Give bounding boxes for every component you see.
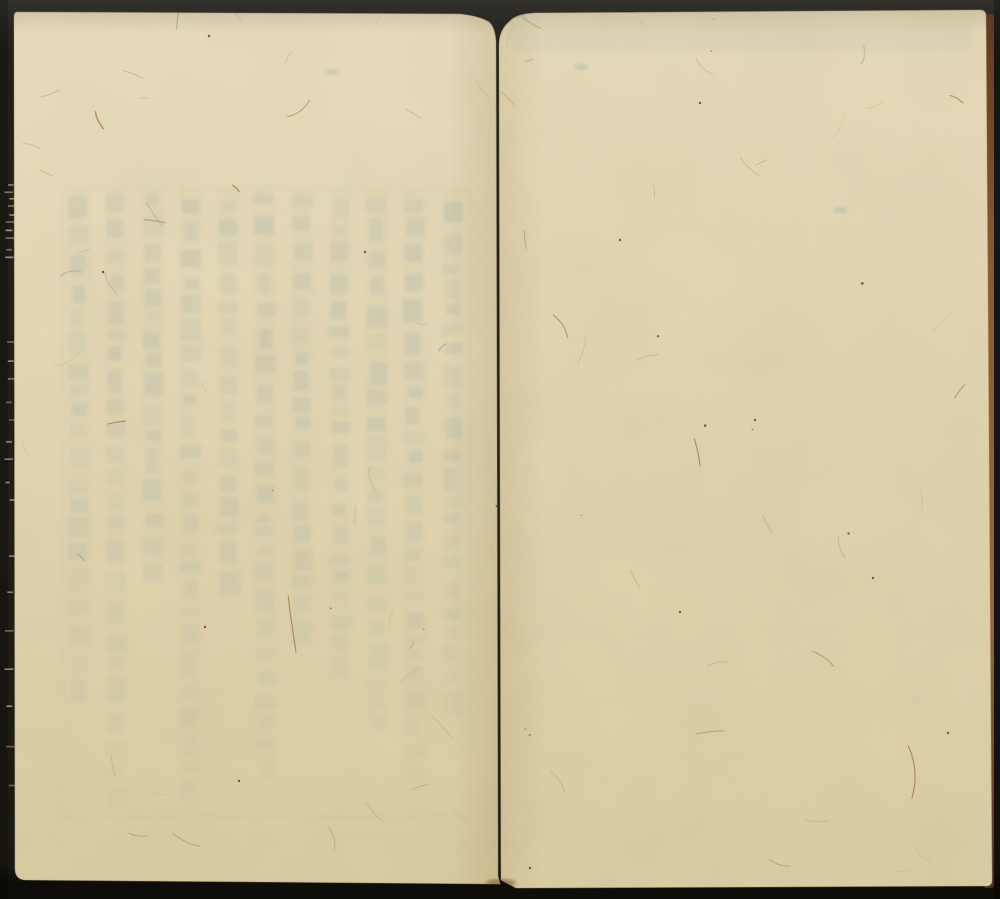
bleed-glyph bbox=[219, 475, 236, 491]
bleed-glyph bbox=[257, 439, 275, 455]
gray-smudge bbox=[574, 64, 588, 70]
paper-speck bbox=[704, 424, 707, 427]
bleed-glyph bbox=[71, 308, 84, 326]
bleed-glyph bbox=[370, 621, 385, 635]
book-spread bbox=[0, 0, 1000, 899]
bleed-glyph bbox=[332, 347, 351, 357]
bleed-glyph bbox=[217, 448, 238, 466]
fore-edge-mark bbox=[7, 341, 15, 343]
bleed-glyph bbox=[293, 503, 308, 521]
fore-edge-mark bbox=[5, 630, 14, 632]
bleed-glyph bbox=[146, 353, 161, 368]
bleed-glyph bbox=[106, 541, 123, 562]
bleed-glyph bbox=[331, 275, 348, 295]
right-page-surface bbox=[499, 9, 993, 889]
bleed-glyph bbox=[293, 397, 312, 411]
bleed-glyph bbox=[291, 575, 312, 587]
fore-edge-mark bbox=[5, 668, 14, 670]
bleed-glyph bbox=[180, 445, 201, 458]
bleed-glyph bbox=[257, 273, 271, 293]
bleed-glyph bbox=[294, 371, 309, 391]
bleed-glyph bbox=[331, 635, 347, 649]
bleed-glyph bbox=[223, 201, 237, 211]
bleed-glyph bbox=[107, 789, 129, 809]
bleed-glyph bbox=[107, 219, 123, 238]
bleed-glyph bbox=[406, 496, 422, 514]
bleed-glyph bbox=[70, 255, 86, 275]
bleed-glyph bbox=[184, 514, 198, 532]
bleed-glyph bbox=[146, 449, 159, 473]
bleed-glyph bbox=[148, 312, 162, 321]
bleed-glyph bbox=[217, 302, 238, 312]
bleed-glyph bbox=[405, 634, 425, 643]
bleed-glyph bbox=[368, 565, 385, 584]
bleed-glyph bbox=[254, 695, 275, 709]
bleed-glyph bbox=[366, 390, 387, 406]
bleed-glyph bbox=[219, 543, 237, 562]
bleed-glyph bbox=[332, 421, 351, 433]
bleed-glyph bbox=[334, 572, 350, 582]
bleed-glyph bbox=[180, 370, 200, 388]
bleed-glyph bbox=[222, 318, 235, 335]
bleed-glyph bbox=[257, 485, 275, 503]
paper-speck bbox=[102, 271, 104, 273]
gray-smudge bbox=[325, 69, 339, 75]
paper-speck bbox=[872, 577, 874, 579]
bleed-glyph bbox=[145, 290, 163, 307]
bleed-glyph bbox=[329, 555, 350, 564]
fore-edge-mark bbox=[5, 191, 13, 193]
bleed-glyph bbox=[369, 218, 384, 241]
fore-edge-mark bbox=[7, 705, 13, 707]
bleed-glyph bbox=[73, 654, 87, 667]
bleed-glyph bbox=[107, 330, 126, 340]
bleed-glyph bbox=[181, 545, 195, 556]
fore-edge-mark bbox=[6, 402, 12, 404]
bleed-glyph bbox=[405, 721, 420, 735]
bleed-glyph bbox=[109, 657, 124, 667]
bleed-glyph bbox=[184, 581, 197, 600]
bleed-glyph bbox=[406, 666, 425, 679]
bleed-glyph bbox=[146, 514, 164, 527]
bleed-glyph bbox=[293, 273, 312, 289]
bleed-glyph bbox=[107, 370, 122, 394]
bleed-glyph bbox=[259, 329, 272, 349]
bleed-glyph bbox=[403, 566, 423, 583]
bleed-glyph bbox=[180, 778, 197, 800]
bleed-glyph bbox=[408, 388, 424, 398]
bleed-glyph bbox=[367, 306, 388, 328]
bleed-glyph bbox=[143, 480, 161, 502]
bleed-glyph bbox=[295, 243, 313, 262]
bleed-glyph bbox=[294, 525, 312, 542]
paper-speck bbox=[861, 282, 864, 285]
bleed-glyph bbox=[256, 739, 275, 748]
bleed-glyph bbox=[256, 590, 274, 612]
scan-right-edge-shade bbox=[994, 0, 1000, 899]
paper-speck bbox=[679, 611, 681, 613]
bleed-glyph bbox=[295, 441, 310, 457]
bleed-glyph bbox=[184, 221, 200, 243]
paper-speck bbox=[238, 780, 240, 782]
bleed-glyph bbox=[334, 526, 348, 545]
bleed-glyph bbox=[183, 493, 198, 506]
bleed-glyph bbox=[258, 546, 275, 555]
bleed-glyph bbox=[106, 446, 124, 463]
fore-edge-mark bbox=[6, 221, 15, 223]
bleed-glyph bbox=[329, 368, 351, 380]
bleed-glyph bbox=[404, 431, 426, 444]
paper-speck bbox=[208, 35, 210, 37]
bleed-glyph bbox=[69, 225, 90, 243]
bleed-glyph bbox=[335, 591, 348, 603]
fore-edge-mark bbox=[8, 360, 14, 362]
bleed-glyph bbox=[68, 197, 87, 219]
bleed-glyph bbox=[180, 250, 201, 267]
paper-speck bbox=[713, 19, 714, 20]
bleed-glyph bbox=[70, 385, 88, 395]
bleed-glyph bbox=[72, 679, 86, 702]
bleed-glyph bbox=[217, 241, 238, 265]
bleed-glyph bbox=[68, 332, 86, 353]
bleed-glyph bbox=[256, 620, 271, 638]
fore-edge-mark bbox=[6, 441, 12, 443]
bleed-glyph bbox=[219, 377, 236, 394]
book-scan bbox=[0, 0, 1000, 899]
bleed-glyph bbox=[216, 525, 237, 534]
bleed-glyph bbox=[292, 328, 308, 343]
bleed-glyph bbox=[405, 550, 421, 561]
fore-edge-mark bbox=[6, 237, 15, 239]
paper-speck bbox=[710, 50, 712, 52]
bleed-glyph bbox=[295, 551, 313, 570]
paper-speck bbox=[364, 251, 366, 253]
bleed-frame-bottom bbox=[62, 816, 470, 819]
bleed-glyph bbox=[72, 285, 85, 303]
bleed-glyph bbox=[254, 355, 275, 373]
bleed-glyph bbox=[181, 200, 200, 214]
bleed-glyph bbox=[402, 771, 422, 784]
bleed-glyph bbox=[179, 561, 201, 573]
bleed-glyph bbox=[402, 299, 422, 322]
left-page-surface bbox=[14, 10, 504, 886]
bleed-glyph bbox=[296, 416, 312, 428]
bleed-glyph bbox=[405, 692, 426, 708]
bleed-glyph bbox=[180, 319, 201, 341]
bleed-glyph bbox=[371, 701, 385, 710]
bleed-glyph bbox=[368, 466, 383, 481]
fore-edge-mark bbox=[6, 230, 13, 232]
bleed-frame-left bbox=[62, 188, 64, 816]
bleed-glyph bbox=[292, 194, 314, 207]
gutter-shade-left bbox=[450, 10, 498, 886]
bleed-glyph bbox=[107, 400, 124, 415]
bleed-glyph bbox=[105, 470, 124, 484]
bleed-glyph bbox=[184, 470, 198, 484]
bleed-glyph bbox=[183, 394, 197, 405]
bleed-glyph bbox=[179, 686, 199, 698]
right-page-mottle bbox=[499, 9, 993, 889]
bleed-glyph bbox=[333, 445, 348, 467]
bleed-glyph bbox=[68, 364, 88, 380]
gray-smudge bbox=[833, 207, 847, 213]
bleed-glyph bbox=[67, 479, 89, 495]
bleed-glyph bbox=[185, 735, 198, 755]
bleed-glyph bbox=[71, 447, 90, 466]
bleed-glyph bbox=[252, 194, 274, 204]
bleed-glyph bbox=[331, 658, 350, 676]
bleed-glyph bbox=[219, 274, 236, 294]
bleed-glyph bbox=[405, 745, 427, 758]
bleed-glyph bbox=[371, 716, 387, 728]
bleed-glyph bbox=[405, 407, 420, 424]
bleed-glyph bbox=[371, 276, 385, 296]
bleed-glyph bbox=[367, 436, 387, 459]
bleed-glyph bbox=[254, 216, 274, 235]
bleed-glyph bbox=[407, 522, 422, 541]
bleed-glyph bbox=[259, 755, 274, 778]
bleed-glyph bbox=[366, 676, 387, 691]
bleed-glyph bbox=[107, 636, 128, 652]
bleed-glyph bbox=[257, 671, 276, 685]
bleed-glyph bbox=[219, 219, 238, 236]
bleed-glyph bbox=[110, 275, 123, 290]
bleed-glyph bbox=[255, 243, 274, 266]
bleed-glyph bbox=[253, 463, 275, 475]
bleed-glyph bbox=[331, 503, 345, 515]
bleed-glyph bbox=[370, 362, 387, 385]
bleed-glyph bbox=[367, 333, 386, 349]
bleed-glyph bbox=[256, 648, 277, 661]
paper-speck bbox=[619, 239, 621, 241]
bleed-glyph bbox=[181, 653, 196, 676]
paper-speck bbox=[699, 102, 701, 104]
paper-speck bbox=[423, 628, 424, 629]
bleed-glyph bbox=[408, 451, 423, 463]
bleed-glyph bbox=[105, 571, 126, 593]
bleed-glyph bbox=[366, 198, 386, 213]
bleed-glyph bbox=[108, 494, 122, 508]
bleed-glyph bbox=[68, 601, 88, 615]
bleed-glyph bbox=[327, 327, 349, 338]
bleed-glyph bbox=[295, 352, 308, 365]
paper-speck bbox=[272, 490, 274, 492]
bleed-glyph bbox=[406, 218, 426, 238]
bleed-glyph bbox=[71, 569, 88, 592]
scan-bottom-strip bbox=[0, 886, 1000, 899]
fore-edge-mark bbox=[6, 249, 12, 251]
bleed-glyph bbox=[107, 517, 124, 529]
bleed-glyph bbox=[146, 431, 161, 441]
bleed-glyph bbox=[405, 333, 420, 355]
bleed-glyph bbox=[184, 277, 200, 288]
paper-speck bbox=[330, 608, 332, 610]
bleed-glyph bbox=[254, 416, 272, 428]
bleed-glyph bbox=[144, 372, 164, 396]
bleed-glyph bbox=[180, 708, 198, 726]
bleed-glyph bbox=[183, 762, 199, 772]
bleed-glyph bbox=[331, 301, 346, 319]
bleed-glyph bbox=[368, 597, 385, 611]
fore-edge-mark bbox=[5, 458, 13, 460]
bleed-glyph bbox=[222, 402, 235, 420]
bleed-glyph bbox=[333, 385, 347, 400]
bleed-glyph bbox=[144, 565, 163, 582]
paper-speck bbox=[947, 732, 949, 734]
bleed-glyph bbox=[221, 497, 239, 517]
bleed-glyph bbox=[143, 405, 161, 426]
fore-edge-mark bbox=[6, 746, 15, 748]
bleed-glyph bbox=[407, 611, 425, 628]
bleed-glyph bbox=[254, 561, 273, 581]
bleed-glyph bbox=[70, 425, 86, 437]
bleed-glyph bbox=[408, 648, 423, 661]
bleed-glyph bbox=[142, 537, 162, 555]
bleed-glyph bbox=[404, 592, 424, 602]
bleed-glyph bbox=[370, 537, 386, 555]
bleed-glyph bbox=[335, 479, 348, 491]
paper-speck bbox=[580, 515, 581, 516]
bleed-glyph bbox=[331, 615, 353, 629]
bleed-glyph bbox=[403, 473, 423, 488]
scan-left-edge-shade bbox=[0, 0, 8, 899]
bleed-glyph bbox=[180, 607, 200, 619]
bleed-glyph bbox=[67, 517, 88, 537]
bleed-glyph bbox=[180, 345, 201, 362]
bleed-glyph bbox=[221, 430, 237, 442]
fore-edge-mark bbox=[6, 482, 10, 484]
bleed-glyph bbox=[405, 273, 424, 291]
bleed-glyph bbox=[257, 384, 273, 403]
paper-speck bbox=[657, 335, 659, 337]
bleed-glyph bbox=[219, 572, 241, 596]
bleed-glyph bbox=[106, 678, 126, 702]
bleed-glyph bbox=[181, 416, 195, 435]
bleed-glyph bbox=[144, 269, 160, 283]
paper-speck bbox=[751, 428, 753, 430]
bleed-glyph bbox=[292, 299, 309, 317]
bleed-glyph bbox=[367, 417, 387, 431]
bleed-glyph bbox=[259, 715, 275, 726]
bleed-glyph bbox=[292, 216, 309, 231]
bleed-glyph bbox=[294, 596, 310, 612]
gutter-shade-right bbox=[499, 9, 545, 889]
bleed-glyph bbox=[106, 742, 127, 756]
fore-edge-mark bbox=[8, 184, 13, 186]
bleed-glyph bbox=[254, 527, 272, 537]
bleed-glyph bbox=[108, 602, 123, 623]
right-page-tint-band bbox=[510, 24, 972, 50]
bleed-glyph bbox=[330, 407, 352, 416]
bleed-glyph bbox=[257, 514, 271, 523]
bleed-glyph bbox=[108, 714, 124, 732]
bleed-glyph bbox=[220, 347, 239, 367]
bleed-glyph bbox=[291, 622, 312, 644]
bleed-glyph bbox=[403, 362, 424, 380]
bleed-glyph bbox=[404, 244, 423, 262]
bleed-glyph bbox=[334, 199, 351, 217]
paper-speck bbox=[847, 532, 849, 534]
bleed-glyph bbox=[67, 543, 87, 560]
bleed-glyph bbox=[108, 346, 121, 360]
bleed-glyph bbox=[368, 507, 386, 527]
fore-edge-mark bbox=[5, 257, 13, 259]
bleed-glyph bbox=[293, 468, 310, 491]
paper-speck bbox=[204, 626, 206, 628]
bleed-glyph bbox=[70, 626, 92, 645]
bleed-glyph bbox=[368, 251, 385, 268]
bleed-glyph bbox=[71, 498, 88, 512]
bleedthrough-text bbox=[62, 186, 470, 819]
bleed-glyph bbox=[143, 333, 161, 349]
bleed-glyph bbox=[368, 491, 383, 502]
bleed-glyph bbox=[258, 303, 277, 318]
bleed-glyph bbox=[368, 644, 389, 668]
bleed-glyph bbox=[72, 404, 88, 416]
bleed-frame-top bbox=[64, 188, 468, 190]
bleed-glyph bbox=[403, 200, 423, 213]
fore-edge-mark bbox=[7, 591, 13, 593]
bleed-glyph bbox=[106, 250, 126, 264]
bleed-glyph bbox=[331, 241, 349, 262]
bleed-glyph bbox=[109, 302, 124, 325]
bleed-glyph bbox=[181, 295, 201, 314]
bleed-glyph bbox=[105, 194, 124, 214]
bleed-glyph bbox=[331, 225, 345, 235]
bleed-glyph bbox=[144, 245, 161, 262]
bleed-glyph bbox=[183, 624, 200, 645]
paper-speck bbox=[754, 419, 756, 421]
